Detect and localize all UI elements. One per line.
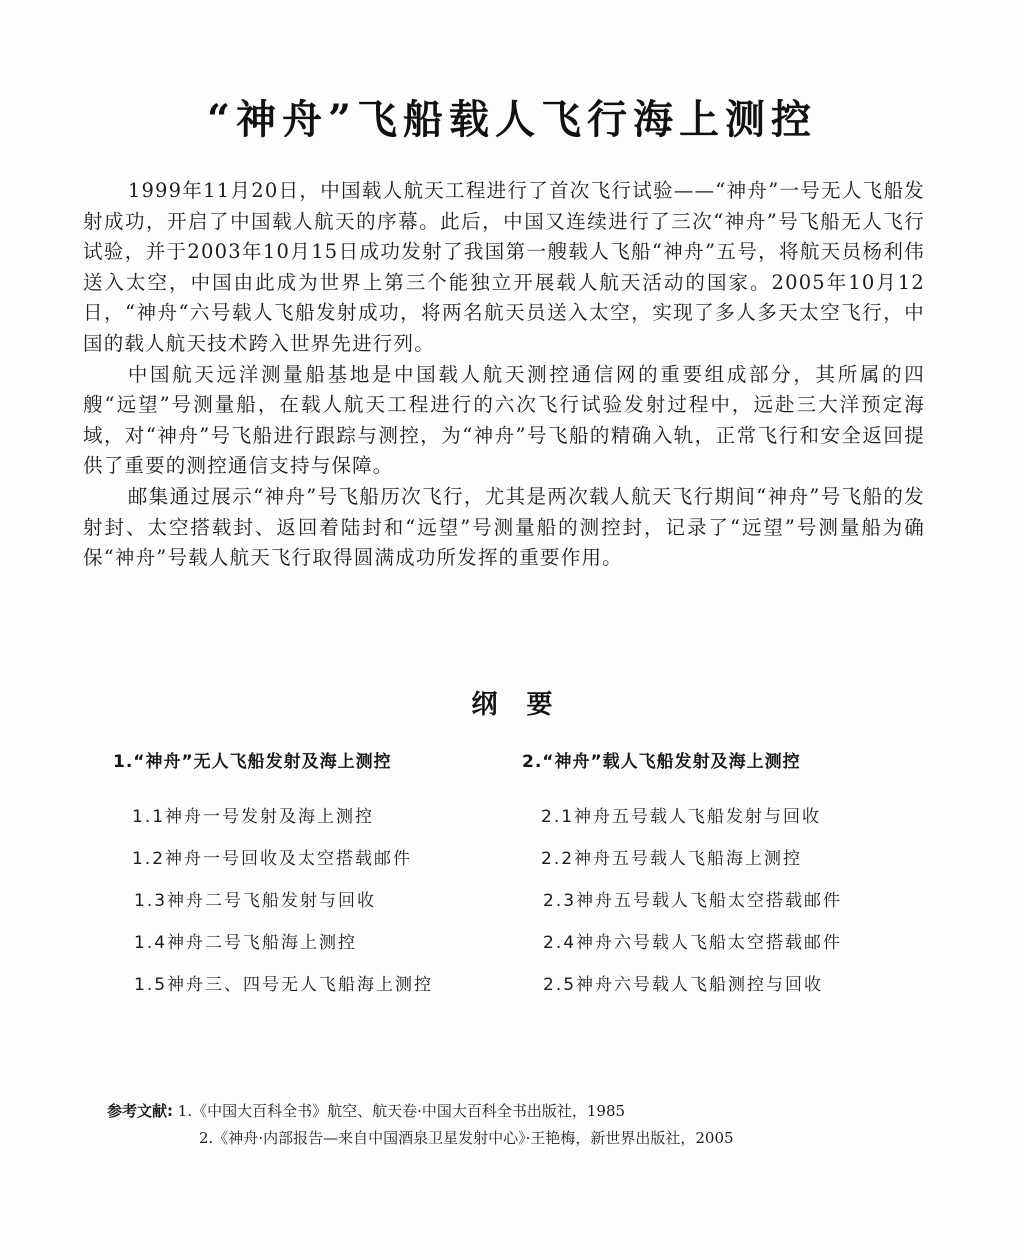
reference-line-1: 参考文献: 1.《中国大百科全书》航空、航天卷·中国大百科全书出版社，1985 [107,1098,734,1125]
outline-section-1: 1.“神舟”无人飞船发射及海上测控 1.1神舟一号发射及海上测控 1.2神舟一号… [113,748,433,1006]
outline-heading: 纲 要 [0,684,1024,721]
references: 参考文献: 1.《中国大百科全书》航空、航天卷·中国大百科全书出版社，1985 … [107,1098,734,1152]
paragraph: 邮集通过展示“神舟”号飞船历次飞行，尤其是两次载人航天飞行期间“神舟”号飞船的发… [83,482,925,574]
outline-section-items: 2.1神舟五号载人飞船发射与回收 2.2神舟五号载人飞船海上测控 2.3神舟五号… [522,796,842,1006]
outline-item: 2.5神舟六号载人飞船测控与回收 [541,964,842,1006]
reference-item: 2.《神舟·内部报告—来自中国酒泉卫星发射中心》·王艳梅，新世界出版社，2005 [199,1129,734,1147]
outline-item: 1.5神舟三、四号无人飞船海上测控 [132,964,433,1006]
outline-item: 1.4神舟二号飞船海上测控 [132,922,433,964]
outline-section-title: 1.“神舟”无人飞船发射及海上测控 [113,748,433,776]
references-label: 参考文献: [107,1102,173,1120]
page-title: “神舟”飞船载人飞行海上测控 [0,88,1024,145]
outline-section-items: 1.1神舟一号发射及海上测控 1.2神舟一号回收及太空搭载邮件 1.3神舟二号飞… [113,796,433,1006]
outline-section-title: 2.“神舟”载人飞船发射及海上测控 [522,748,842,776]
document-page: “神舟”飞船载人飞行海上测控 1999年11月20日，中国载人航天工程进行了首次… [0,0,1024,1260]
outline-item: 2.1神舟五号载人飞船发射与回收 [541,796,842,838]
paragraph: 1999年11月20日，中国载人航天工程进行了首次飞行试验——“神舟”一号无人飞… [83,176,925,360]
reference-item: 1.《中国大百科全书》航空、航天卷·中国大百科全书出版社，1985 [178,1102,625,1120]
outline-item: 2.2神舟五号载人飞船海上测控 [541,838,842,880]
outline-item: 1.2神舟一号回收及太空搭载邮件 [132,838,433,880]
outline-item: 2.4神舟六号载人飞船太空搭载邮件 [541,922,842,964]
paragraph: 中国航天远洋测量船基地是中国载人航天测控通信网的重要组成部分，其所属的四艘“远望… [83,360,925,482]
intro-text: 1999年11月20日，中国载人航天工程进行了首次飞行试验——“神舟”一号无人飞… [83,176,925,574]
outline-section-2: 2.“神舟”载人飞船发射及海上测控 2.1神舟五号载人飞船发射与回收 2.2神舟… [522,748,842,1006]
outline-item: 2.3神舟五号载人飞船太空搭载邮件 [541,880,842,922]
outline-item: 1.1神舟一号发射及海上测控 [132,796,433,838]
reference-line-2: 2.《神舟·内部报告—来自中国酒泉卫星发射中心》·王艳梅，新世界出版社，2005 [107,1125,734,1152]
outline-item: 1.3神舟二号飞船发射与回收 [132,880,433,922]
